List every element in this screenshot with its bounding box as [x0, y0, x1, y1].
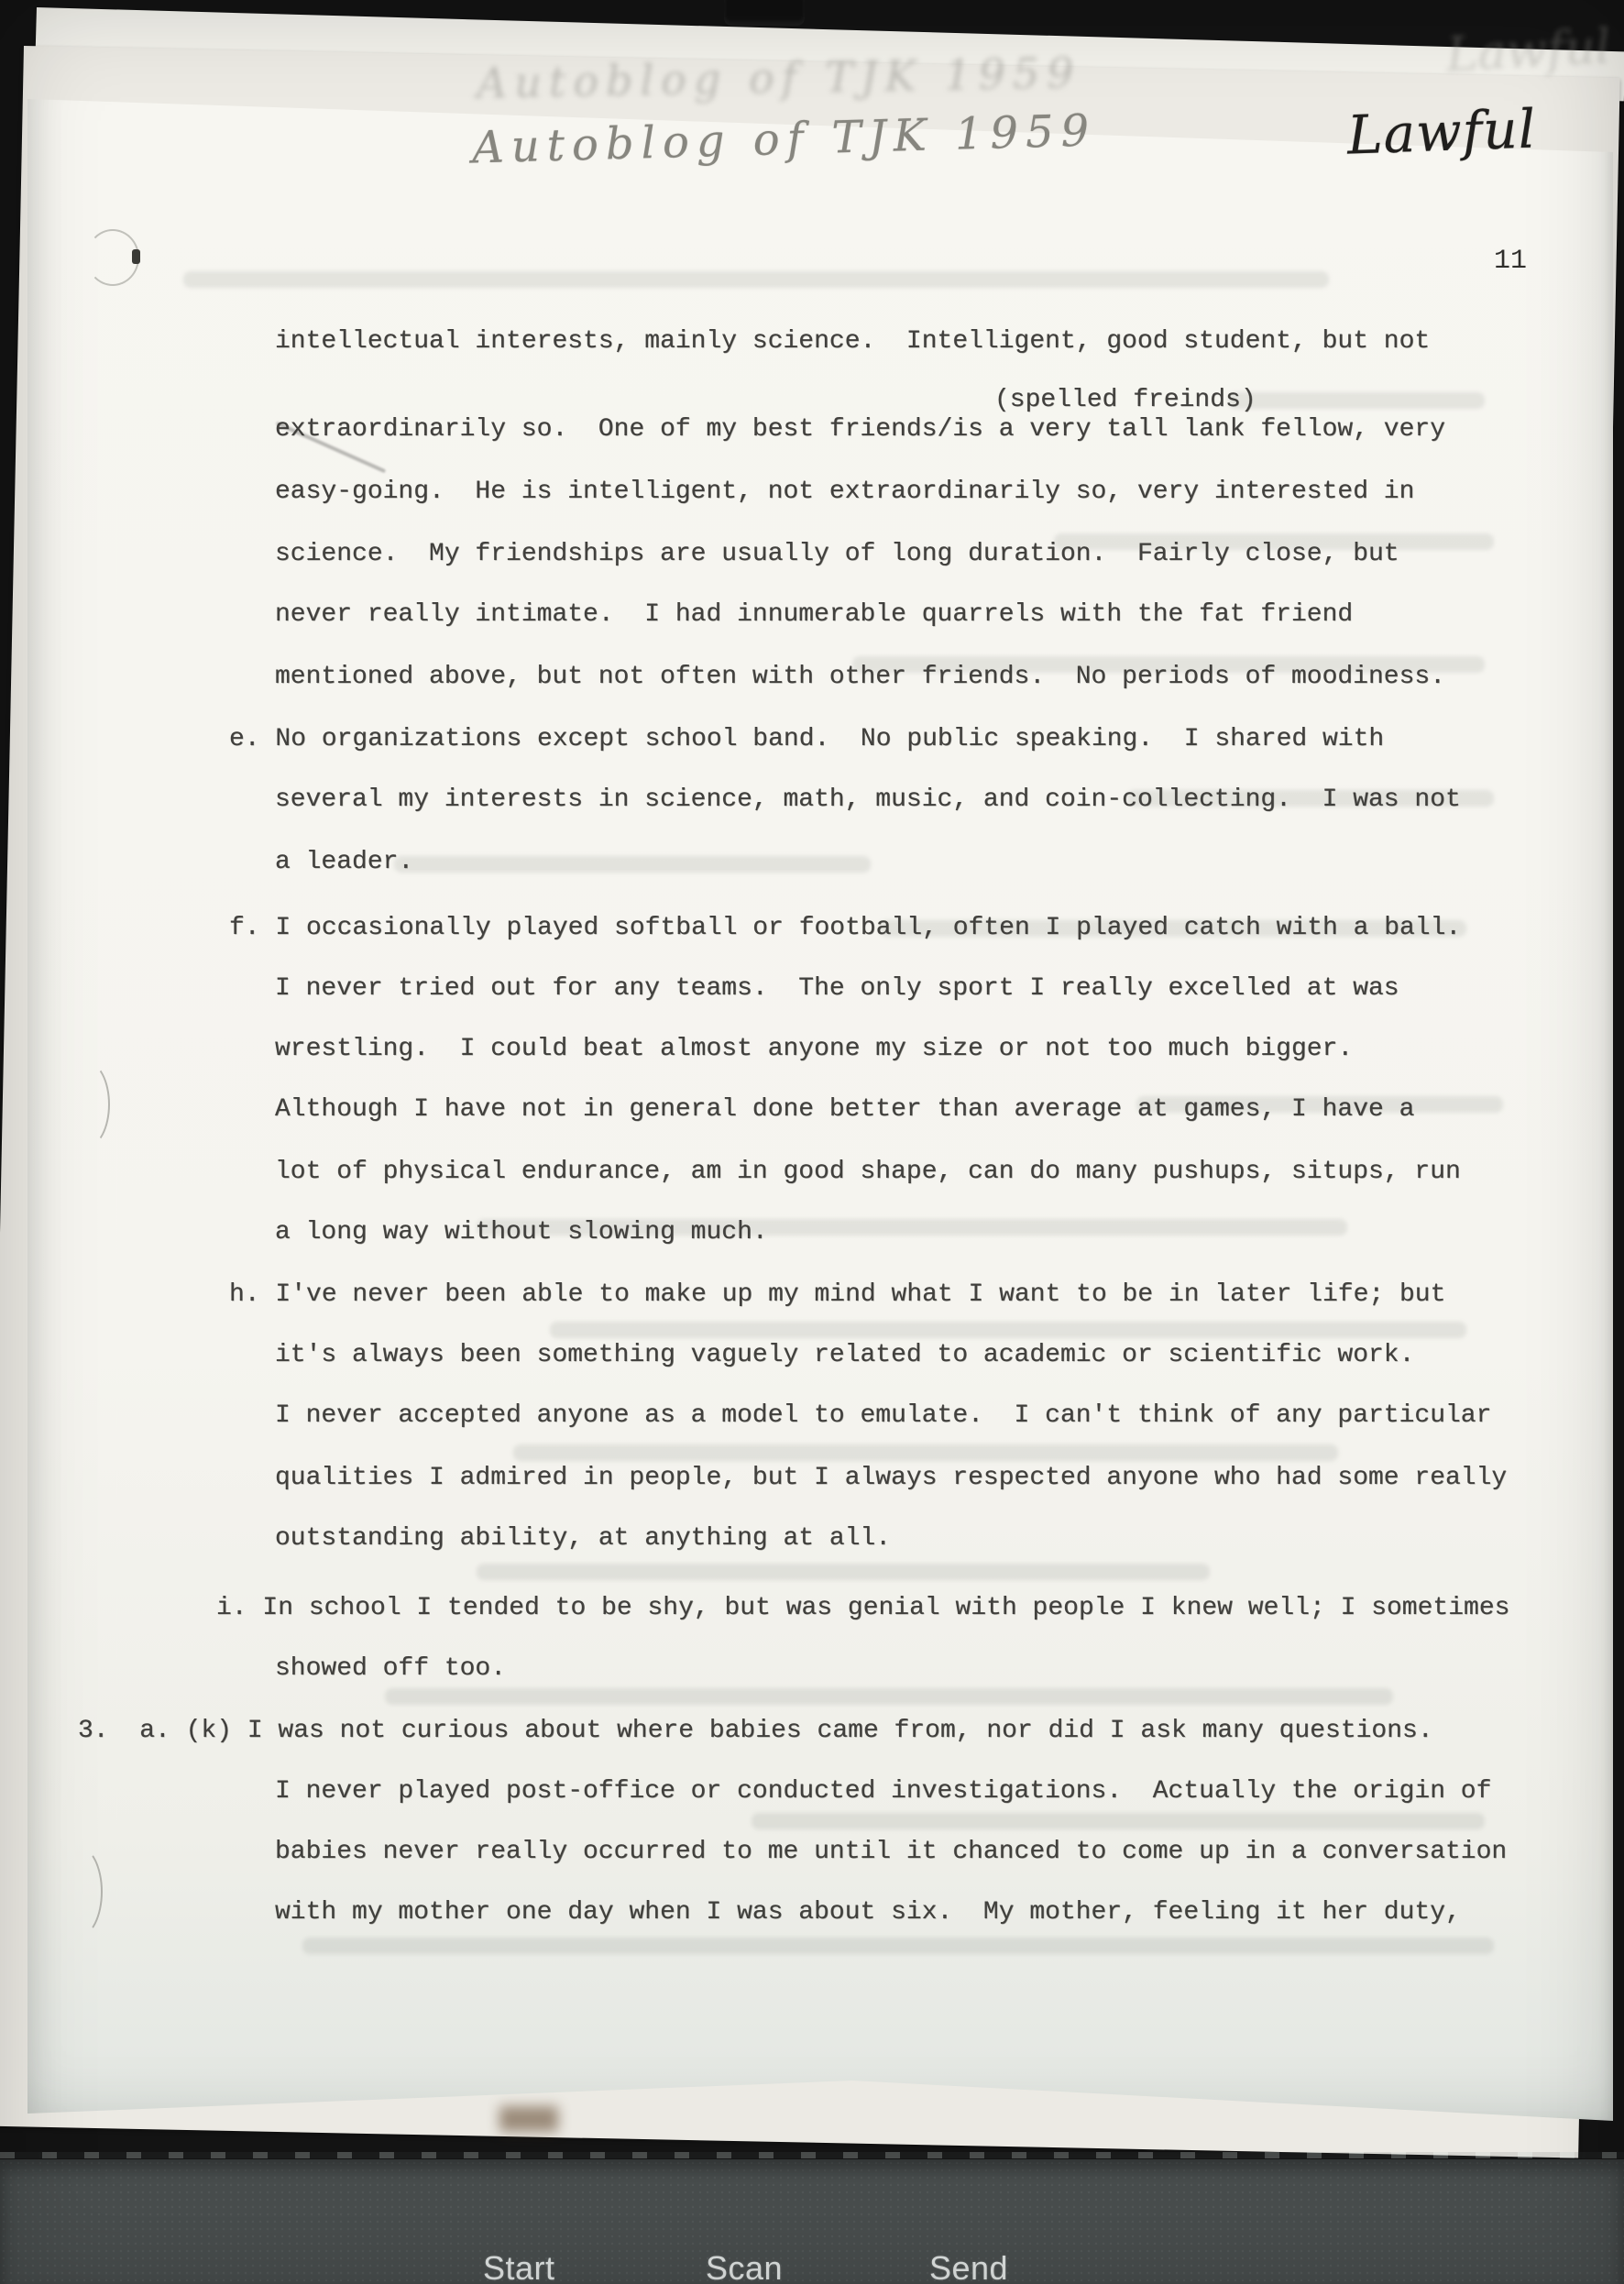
bleed-through-smudge	[477, 1564, 1210, 1580]
typed-line: i. In school I tended to be shy, but was…	[216, 1593, 1509, 1624]
typed-line: h. I've never been able to make up my mi…	[229, 1279, 1445, 1311]
bleed-through-smudge	[550, 1322, 1466, 1338]
typed-line: it's always been something vaguely relat…	[275, 1340, 1414, 1371]
surface-smudge	[499, 2106, 558, 2132]
typed-line: showed off too.	[275, 1653, 506, 1685]
bleed-through-smudge	[183, 271, 1329, 288]
typed-line: never really intimate. I had innumerable…	[275, 599, 1353, 631]
typed-line: a long way without slowing much.	[275, 1217, 768, 1248]
bleed-through-smudge	[752, 1813, 1485, 1829]
punch-hole	[64, 1061, 110, 1147]
send-button[interactable]: Send	[929, 2249, 1008, 2284]
bleed-through-smudge	[1228, 392, 1485, 409]
page-number: 11	[1494, 246, 1527, 277]
start-button[interactable]: Start	[483, 2249, 555, 2284]
paper-clip	[724, 0, 805, 26]
typed-line: extraordinarily so. One of my best frien…	[275, 414, 1445, 445]
typed-line: science. My friendships are usually of l…	[275, 539, 1399, 570]
device-seam	[0, 2152, 1624, 2158]
typed-line: f. I occasionally played softball or foo…	[229, 913, 1461, 944]
typed-line: I never played post-office or conducted …	[275, 1776, 1491, 1807]
typed-line: I never accepted anyone as a model to em…	[275, 1400, 1491, 1432]
scanned-document-photo: Autoblog of TJK 1959 Lawful Autoblog of …	[0, 0, 1624, 2284]
bleedthrough-title-text: Autoblog of TJK 1959	[477, 48, 1081, 108]
typed-insert-annotation: (spelled freinds)	[994, 385, 1256, 416]
typed-line: outstanding ability, at anything at all.	[275, 1523, 891, 1554]
typed-line: mentioned above, but not often with othe…	[275, 662, 1445, 693]
typed-line: 3. a. (k) I was not curious about where …	[78, 1716, 1433, 1747]
typed-line: Although I have not in general done bett…	[275, 1094, 1414, 1126]
typed-line: babies never really occurred to me until…	[275, 1837, 1507, 1868]
typed-line: e. No organizations except school band. …	[229, 724, 1384, 755]
bleed-through-smudge	[394, 856, 871, 873]
typed-line: lot of physical endurance, am in good sh…	[275, 1157, 1461, 1188]
scan-button[interactable]: Scan	[706, 2249, 783, 2284]
scanner-control-panel: Start Scan Send	[0, 2159, 1624, 2284]
typed-line: qualities I admired in people, but I alw…	[275, 1463, 1507, 1494]
punch-hole	[86, 229, 139, 286]
typed-line: wrestling. I could beat almost anyone my…	[275, 1034, 1353, 1065]
bleed-through-smudge	[513, 1444, 1338, 1461]
typed-line: easy-going. He is intelligent, not extra…	[275, 477, 1414, 508]
typed-line: several my interests in science, math, m…	[275, 785, 1461, 816]
typed-line: with my mother one day when I was about …	[275, 1897, 1461, 1928]
typed-line: I never tried out for any teams. The onl…	[275, 973, 1399, 1005]
punch-hole	[55, 1846, 103, 1938]
bleedthrough-note-text: Lawful	[1445, 19, 1612, 82]
typed-line: intellectual interests, mainly science. …	[275, 326, 1430, 357]
typed-line: a leader.	[275, 847, 413, 878]
bleed-through-smudge	[302, 1938, 1494, 1954]
handwritten-note: Lawful	[1346, 97, 1537, 166]
bleed-through-smudge	[385, 1688, 1393, 1705]
